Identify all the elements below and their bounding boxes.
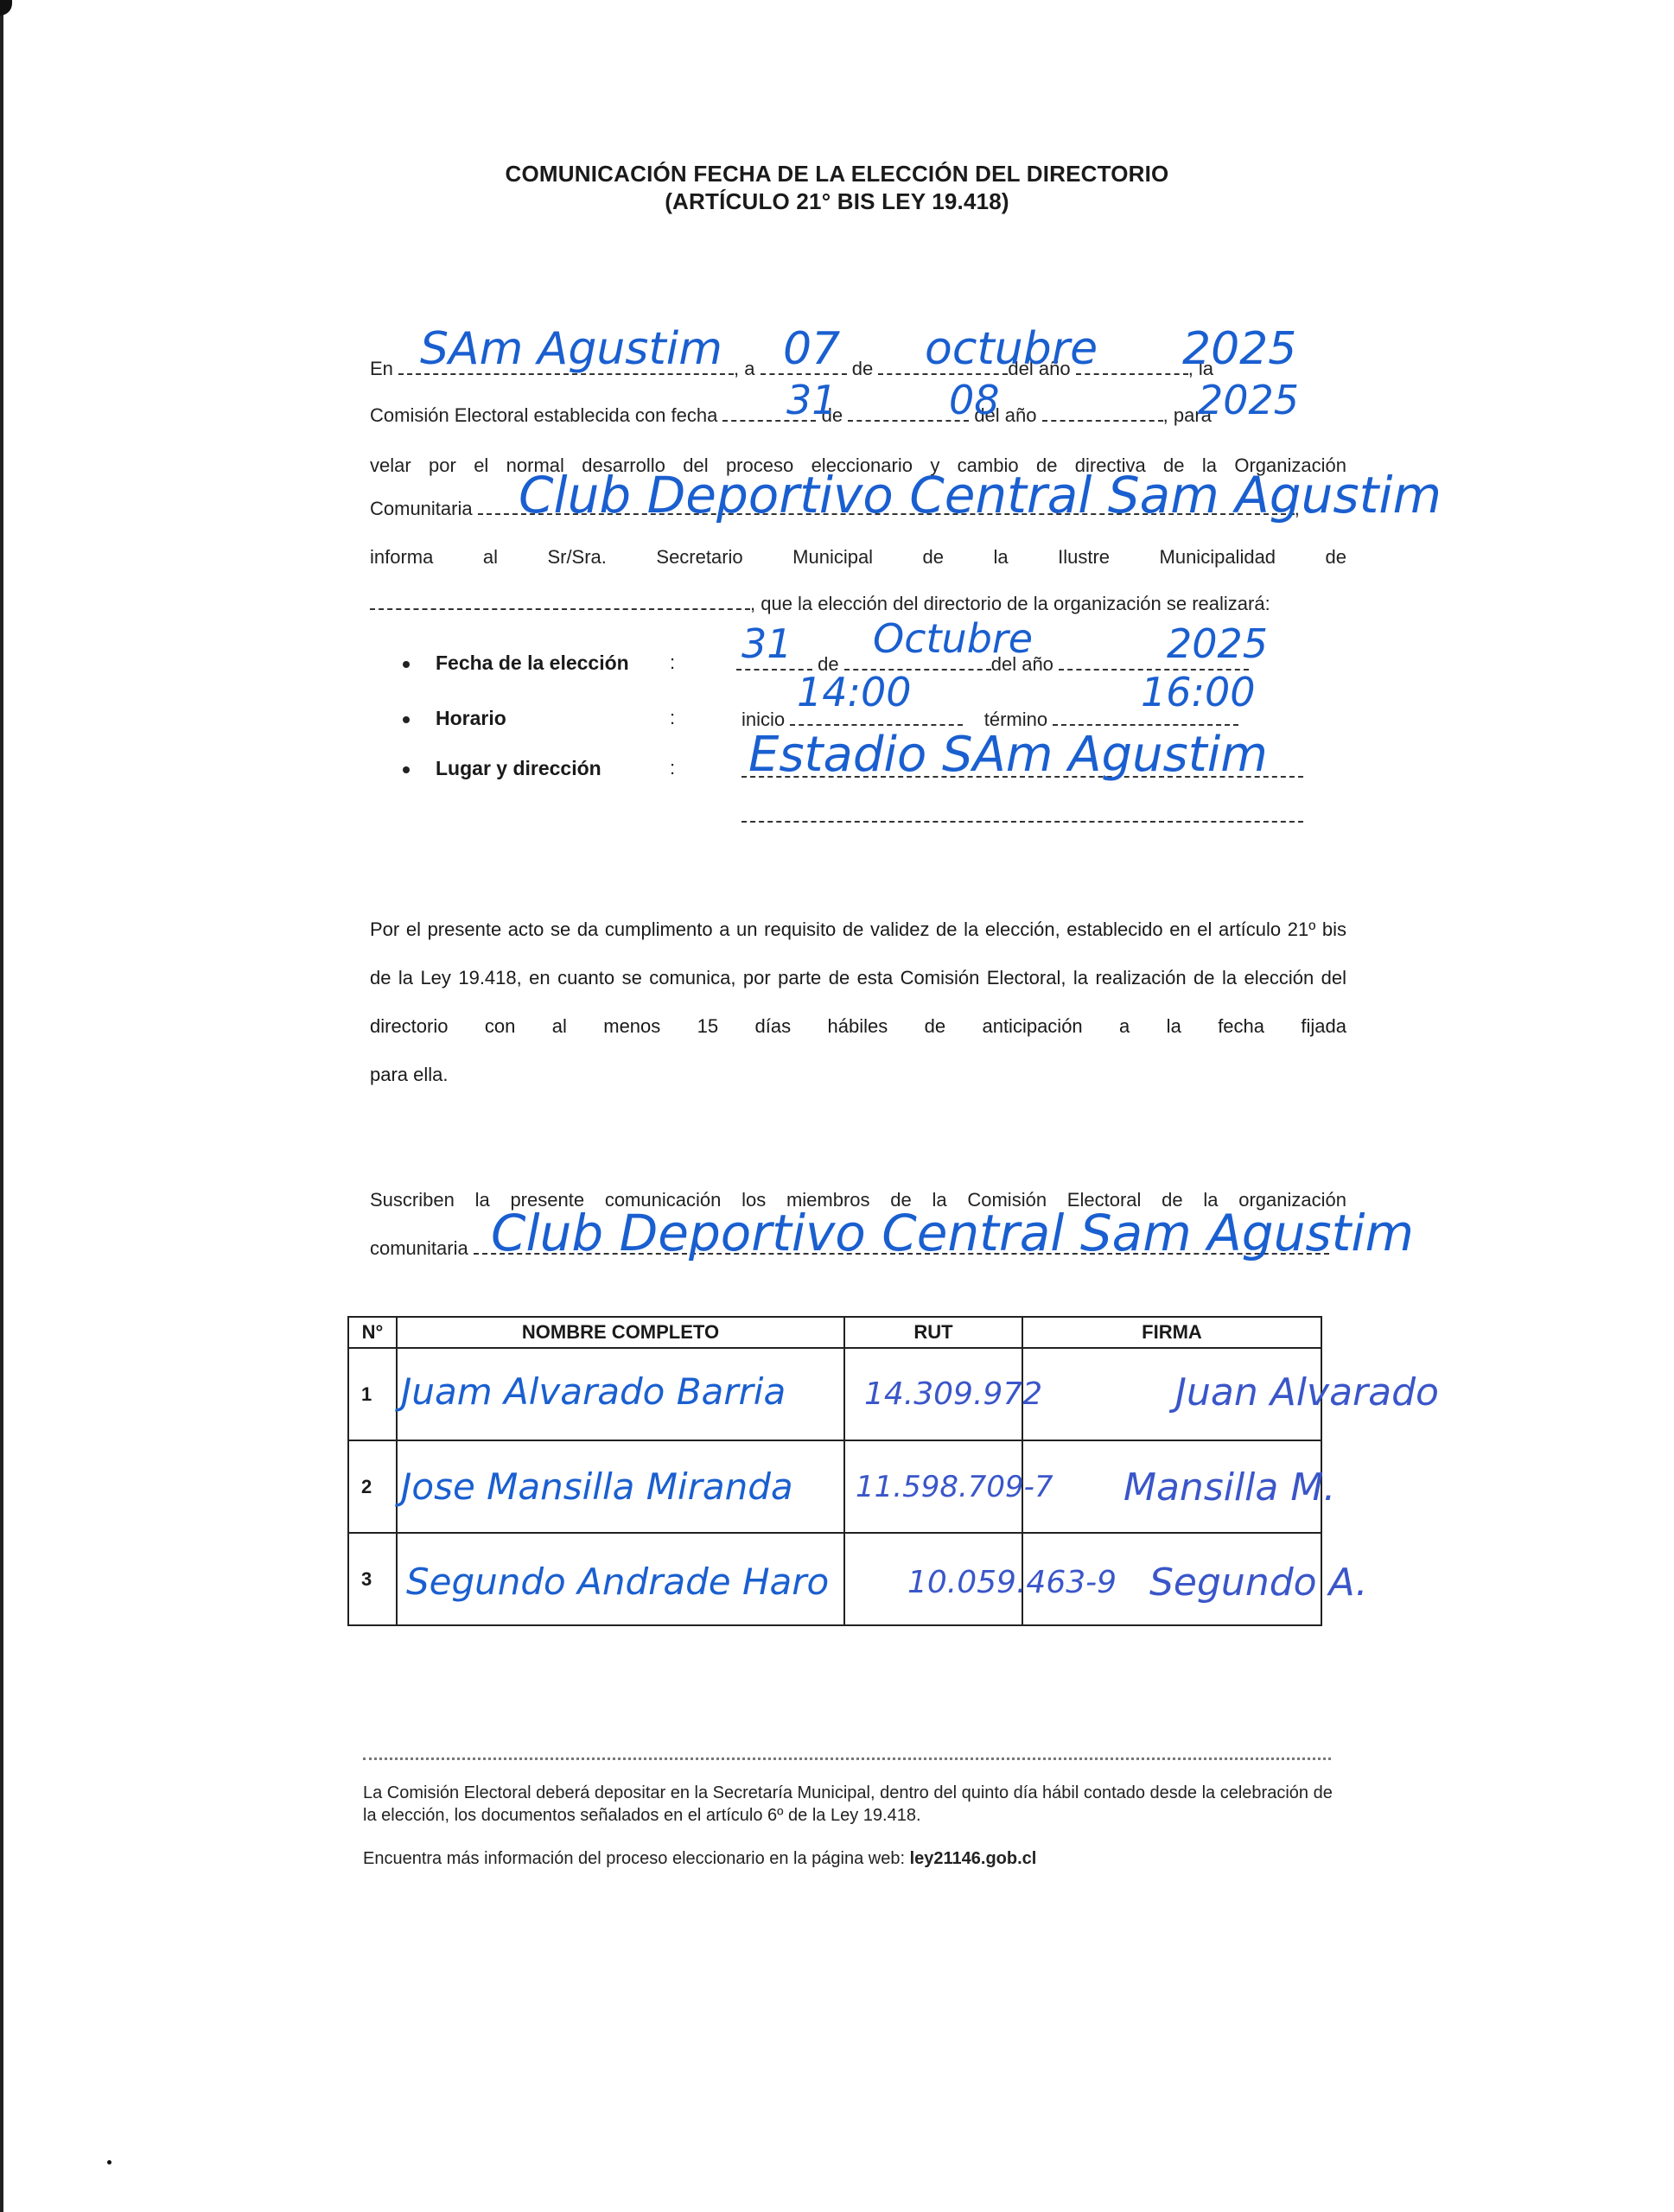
- lugar-field-2: [742, 805, 1303, 828]
- footer-more-info: Encuentra más información del proceso el…: [363, 1847, 1340, 1870]
- website-link[interactable]: ley21146.gob.cl: [910, 1849, 1037, 1868]
- document-title: COMUNICACIÓN FECHA DE LA ELECCIÓN DEL DI…: [0, 161, 1674, 188]
- legal-paragraph-end: para ella.: [370, 1051, 1346, 1099]
- row-number: 2: [348, 1440, 397, 1533]
- scan-corner-artifact: [0, 0, 12, 16]
- handwritten-fecha-comision-anio: 2025: [1198, 380, 1299, 420]
- legal-paragraph: Por el presente acto se da cumplimento a…: [370, 906, 1346, 1051]
- handwritten-eleccion-anio: 2025: [1167, 624, 1268, 664]
- intro-line-6: , que la elección del directorio de la o…: [370, 593, 1270, 615]
- handwritten-rut-3: 10.059.463-9: [907, 1567, 1117, 1599]
- bullet-icon: [403, 766, 410, 773]
- handwritten-fecha-comision-dia: 31: [786, 380, 837, 420]
- handwritten-fecha-comision-mes: 08: [949, 380, 1000, 420]
- signature-3: Segundo A.: [1149, 1564, 1367, 1602]
- handwritten-rut-2: 11.598.709-7: [856, 1472, 1053, 1502]
- bullet-icon: [403, 716, 410, 723]
- handwritten-nombre-3: Segundo Andrade Haro: [406, 1564, 829, 1600]
- header-no: N°: [348, 1317, 397, 1348]
- handwritten-mes: octubre: [925, 327, 1098, 372]
- municipalidad-field[interactable]: [370, 593, 750, 610]
- signature-1: Juan Alvarado: [1175, 1374, 1439, 1412]
- detail-horario: Horario: [403, 707, 506, 730]
- handwritten-hora-inicio: 14:00: [797, 672, 912, 712]
- bullet-icon: [403, 661, 410, 668]
- scan-dust-dot: [107, 2160, 111, 2164]
- row-number: 3: [348, 1533, 397, 1625]
- handwritten-hora-termino: 16:00: [1141, 672, 1256, 712]
- detail-lugar: Lugar y dirección: [403, 757, 601, 780]
- intro-line-5: informa al Sr/Sra. Secretario Municipal …: [370, 546, 1346, 569]
- header-firma: FIRMA: [1022, 1317, 1321, 1348]
- signature-2: Mansilla M.: [1123, 1469, 1335, 1507]
- handwritten-lugar: SAm Agustim: [420, 327, 722, 372]
- handwritten-eleccion-dia: 31: [742, 624, 792, 664]
- footer-divider: [363, 1758, 1331, 1760]
- row-number: 1: [348, 1348, 397, 1440]
- handwritten-nombre-1: Juam Alvarado Barria: [401, 1374, 786, 1410]
- header-nombre: NOMBRE COMPLETO: [397, 1317, 844, 1348]
- handwritten-anio: 2025: [1182, 327, 1296, 372]
- document-subtitle: (ARTÍCULO 21° BIS LEY 19.418): [0, 188, 1674, 215]
- handwritten-dia: 07: [783, 327, 840, 372]
- lugar-direccion-field-2[interactable]: [742, 805, 1303, 823]
- scan-edge-artifact: [0, 0, 3, 2212]
- handwritten-rut-1: 14.309.972: [864, 1379, 1042, 1410]
- table-header-row: N° NOMBRE COMPLETO RUT FIRMA: [348, 1317, 1321, 1348]
- handwritten-nombre-2: Jose Mansilla Miranda: [401, 1469, 793, 1505]
- detail-fecha: Fecha de la elección: [403, 652, 629, 675]
- handwritten-organizacion: Club Deportivo Central Sam Agustim: [519, 470, 1442, 520]
- handwritten-lugar-direccion: Estadio SAm Agustim: [748, 731, 1268, 779]
- fecha-comision-anio-field[interactable]: [1042, 404, 1163, 422]
- handwritten-organizacion-firma: Club Deportivo Central Sam Agustim: [491, 1208, 1414, 1258]
- footer-note: La Comisión Electoral deberá depositar e…: [363, 1782, 1340, 1827]
- header-rut: RUT: [844, 1317, 1022, 1348]
- handwritten-eleccion-mes: Octubre: [873, 619, 1033, 658]
